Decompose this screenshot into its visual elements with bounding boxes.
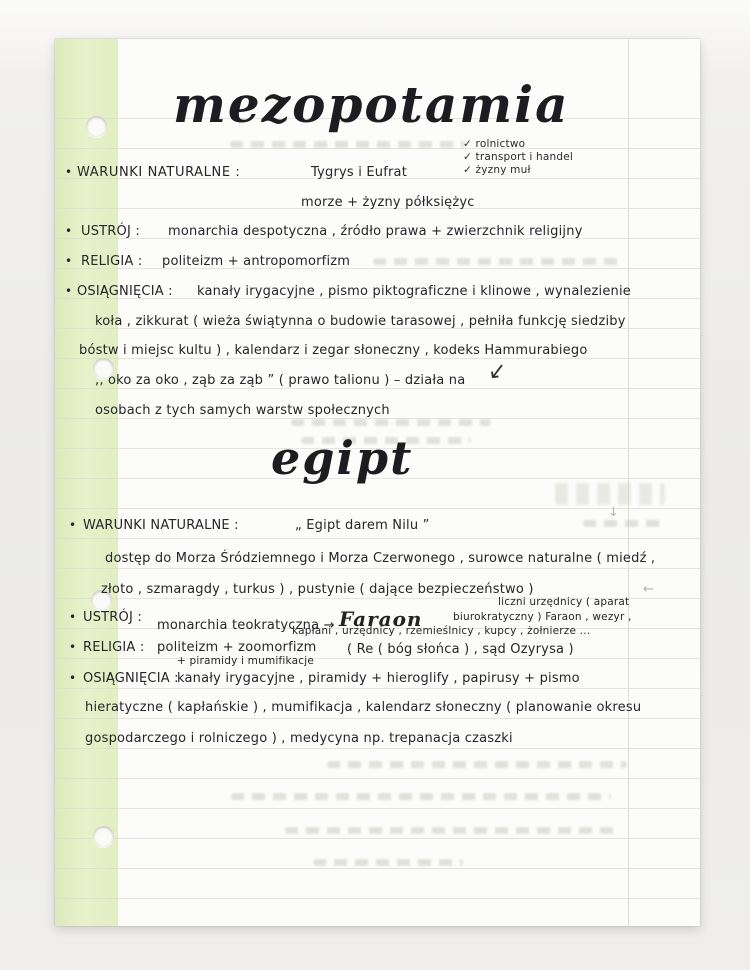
egipt-osiagniecia-line3: gospodarczego i rolniczego ) , medycyna … bbox=[85, 731, 513, 746]
bullet-point: • bbox=[65, 165, 72, 179]
egipt-warunki-value: „ Egipt darem Nilu ” bbox=[295, 518, 430, 533]
meso-religia-label: RELIGIA : bbox=[81, 254, 142, 269]
notebook-page: mezopotamia ✓ rolnictwo ✓ transport i ha… bbox=[55, 39, 700, 926]
ruled-lines bbox=[55, 89, 700, 920]
checklist-item: ✓ żyzny muł bbox=[463, 164, 531, 176]
meso-osiagniecia-label: OSIĄGNIĘCIA : bbox=[77, 284, 173, 299]
egipt-osiagniecia-label: OSIĄGNIĘCIA : bbox=[83, 671, 179, 686]
bleedthrough-scribble bbox=[230, 141, 465, 148]
meso-warunki-line2: morze + żyzny półksiężyc bbox=[301, 195, 475, 210]
meso-osiagniecia-line3: bóstw i miejsc kultu ) , kalendarz i zeg… bbox=[79, 343, 587, 358]
egipt-ustroj-note1: biurokratyczny ) Faraon , wezyr , bbox=[453, 611, 632, 623]
checklist-item: ✓ transport i handel bbox=[463, 151, 573, 163]
egipt-osiagniecia-line1: kanały irygacyjne , piramidy + hieroglif… bbox=[177, 671, 580, 686]
meso-osiagniecia-line1: kanały irygacyjne , pismo piktograficzne… bbox=[197, 284, 631, 299]
egipt-warunki-label: WARUNKI NATURALNE : bbox=[83, 518, 239, 533]
meso-osiagniecia-line5: osobach z tych samych warstw społecznych bbox=[95, 403, 390, 418]
bleedthrough-scribble bbox=[373, 258, 623, 265]
punch-hole bbox=[86, 116, 107, 137]
bullet-point: • bbox=[69, 640, 76, 654]
bleedthrough-scribble bbox=[285, 827, 615, 834]
section-title-egipt: egipt bbox=[271, 431, 413, 485]
bleedthrough-scribble bbox=[291, 419, 491, 426]
egipt-ustroj-label: USTRÓJ : bbox=[83, 610, 142, 625]
bullet-point: • bbox=[69, 610, 76, 624]
meso-warunki-value: Tygrys i Eufrat bbox=[311, 165, 407, 180]
pencil-arrow-down-icon: ↓ bbox=[608, 505, 619, 520]
egipt-note-aparat: liczni urzędnicy ( aparat bbox=[498, 596, 629, 608]
meso-osiagniecia-line2: koła , zikkurat ( wieża świątynna o budo… bbox=[95, 314, 626, 329]
pencil-arrow-left-icon: ← bbox=[643, 582, 654, 597]
bleedthrough-scribble bbox=[327, 761, 627, 768]
meso-ustroj-value: monarchia despotyczna , źródło prawa + z… bbox=[168, 224, 583, 239]
bullet-point: • bbox=[65, 254, 72, 268]
egipt-religia-line2: + piramidy i mumifikacje bbox=[177, 655, 314, 667]
meso-ustroj-label: USTRÓJ : bbox=[81, 224, 140, 239]
meso-warunki-label: WARUNKI NATURALNE : bbox=[77, 165, 240, 180]
bullet-point: • bbox=[69, 671, 76, 685]
egipt-religia-note: ( Re ( bóg słońca ) , sąd Ozyrysa ) bbox=[347, 642, 574, 657]
bleedthrough-scribble bbox=[231, 793, 611, 800]
meso-warunki-row: WARUNKI NATURALNE : bbox=[77, 165, 240, 180]
bullet-point: • bbox=[65, 224, 72, 238]
bleedthrough-scribble bbox=[555, 483, 665, 505]
meso-religia-value: politeizm + antropomorfizm bbox=[162, 254, 350, 269]
egipt-warunki-line3: złoto , szmaragdy , turkus ) , pustynie … bbox=[101, 582, 534, 597]
bleedthrough-scribble bbox=[583, 520, 663, 527]
hand-drawn-arrow-icon: ↙ bbox=[486, 358, 508, 385]
egipt-religia-label: RELIGIA : bbox=[83, 640, 144, 655]
punch-hole bbox=[93, 826, 114, 847]
bullet-point: • bbox=[69, 518, 76, 532]
section-title-mezopotamia: mezopotamia bbox=[173, 75, 570, 134]
egipt-ustroj-note2: kapłani , urzędnicy , rzemieślnicy , kup… bbox=[292, 625, 590, 637]
bullet-point: • bbox=[65, 284, 72, 298]
egipt-religia-value: politeizm + zoomorfizm bbox=[157, 640, 317, 655]
checklist-item: ✓ rolnictwo bbox=[463, 138, 525, 150]
egipt-warunki-line2: dostęp do Morza Śródziemnego i Morza Cze… bbox=[105, 551, 655, 566]
right-margin-line bbox=[628, 39, 629, 926]
bleedthrough-scribble bbox=[313, 859, 463, 866]
meso-osiagniecia-line4: ,, oko za oko , ząb za ząb ” ( prawo tal… bbox=[95, 373, 465, 388]
egipt-osiagniecia-line2: hieratyczne ( kapłańskie ) , mumifikacja… bbox=[85, 700, 641, 715]
